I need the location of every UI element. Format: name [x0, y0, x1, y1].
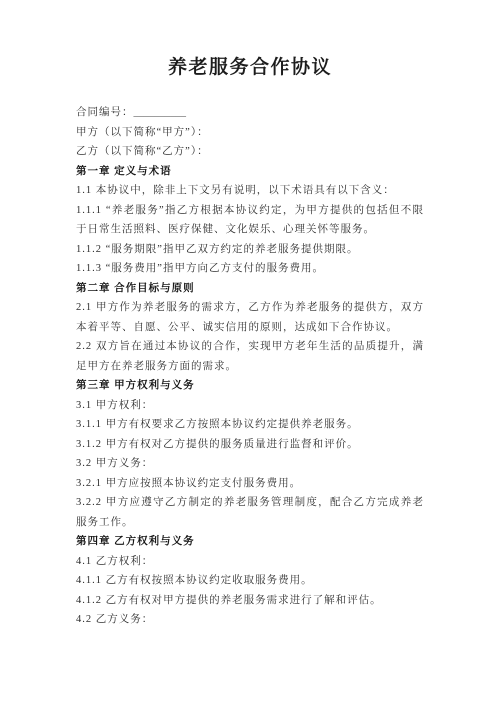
chapter-3-heading: 第三章 甲方权利与义务 — [76, 376, 424, 396]
clause-3-2-2: 3.2.2 甲方应遵守乙方制定的养老服务管理制度，配合乙方完成养老服务工作。 — [76, 493, 424, 532]
document-page: 养老服务合作协议 合同编号：__________ 甲方（以下简称“甲方”）： 乙… — [0, 0, 500, 707]
chapter-2-heading: 第二章 合作目标与原则 — [76, 279, 424, 299]
contract-number-line: 合同编号：__________ — [76, 103, 424, 123]
clause-1-1-3: 1.1.3 “服务费用”指甲方向乙方支付的服务费用。 — [76, 259, 424, 279]
clause-3-1-1: 3.1.1 甲方有权要求乙方按照本协议约定提供养老服务。 — [76, 415, 424, 435]
contract-number-blank: __________ — [134, 107, 187, 118]
clause-4-1-1: 4.1.1 乙方有权按照本协议约定收取服务费用。 — [76, 571, 424, 591]
chapter-1-heading: 第一章 定义与术语 — [76, 162, 424, 182]
clause-3-2-1: 3.2.1 甲方应按照本协议约定支付服务费用。 — [76, 474, 424, 494]
clause-1-1-2: 1.1.2 “服务期限”指甲乙双方约定的养老服务提供期限。 — [76, 240, 424, 260]
clause-3-1: 3.1 甲方权利： — [76, 396, 424, 416]
chapter-4-heading: 第四章 乙方权利与义务 — [76, 532, 424, 552]
clause-4-1-2: 4.1.2 乙方有权对甲方提供的养老服务需求进行了解和评估。 — [76, 591, 424, 611]
clause-2-2: 2.2 双方旨在通过本协议的合作，实现甲方老年生活的品质提升，满足甲方在养老服务… — [76, 337, 424, 376]
clause-3-2: 3.2 甲方义务： — [76, 454, 424, 474]
party-a-line: 甲方（以下简称“甲方”）： — [76, 123, 424, 143]
clause-4-2: 4.2 乙方义务： — [76, 610, 424, 630]
clause-3-1-2: 3.1.2 甲方有权对乙方提供的服务质量进行监督和评价。 — [76, 435, 424, 455]
clause-4-1: 4.1 乙方权利： — [76, 552, 424, 572]
clause-1-1: 1.1 本协议中，除非上下文另有说明，以下术语具有以下含义： — [76, 181, 424, 201]
clause-2-1: 2.1 甲方作为养老服务的需求方，乙方作为养老服务的提供方，双方本着平等、自愿、… — [76, 298, 424, 337]
document-title: 养老服务合作协议 — [76, 54, 424, 82]
contract-number-label: 合同编号： — [76, 107, 134, 118]
clause-1-1-1: 1.1.1 “养老服务”指乙方根据本协议约定，为甲方提供的包括但不限于日常生活照… — [76, 201, 424, 240]
party-b-line: 乙方（以下简称“乙方”）： — [76, 142, 424, 162]
document-content: 养老服务合作协议 合同编号：__________ 甲方（以下简称“甲方”）： 乙… — [76, 54, 424, 630]
